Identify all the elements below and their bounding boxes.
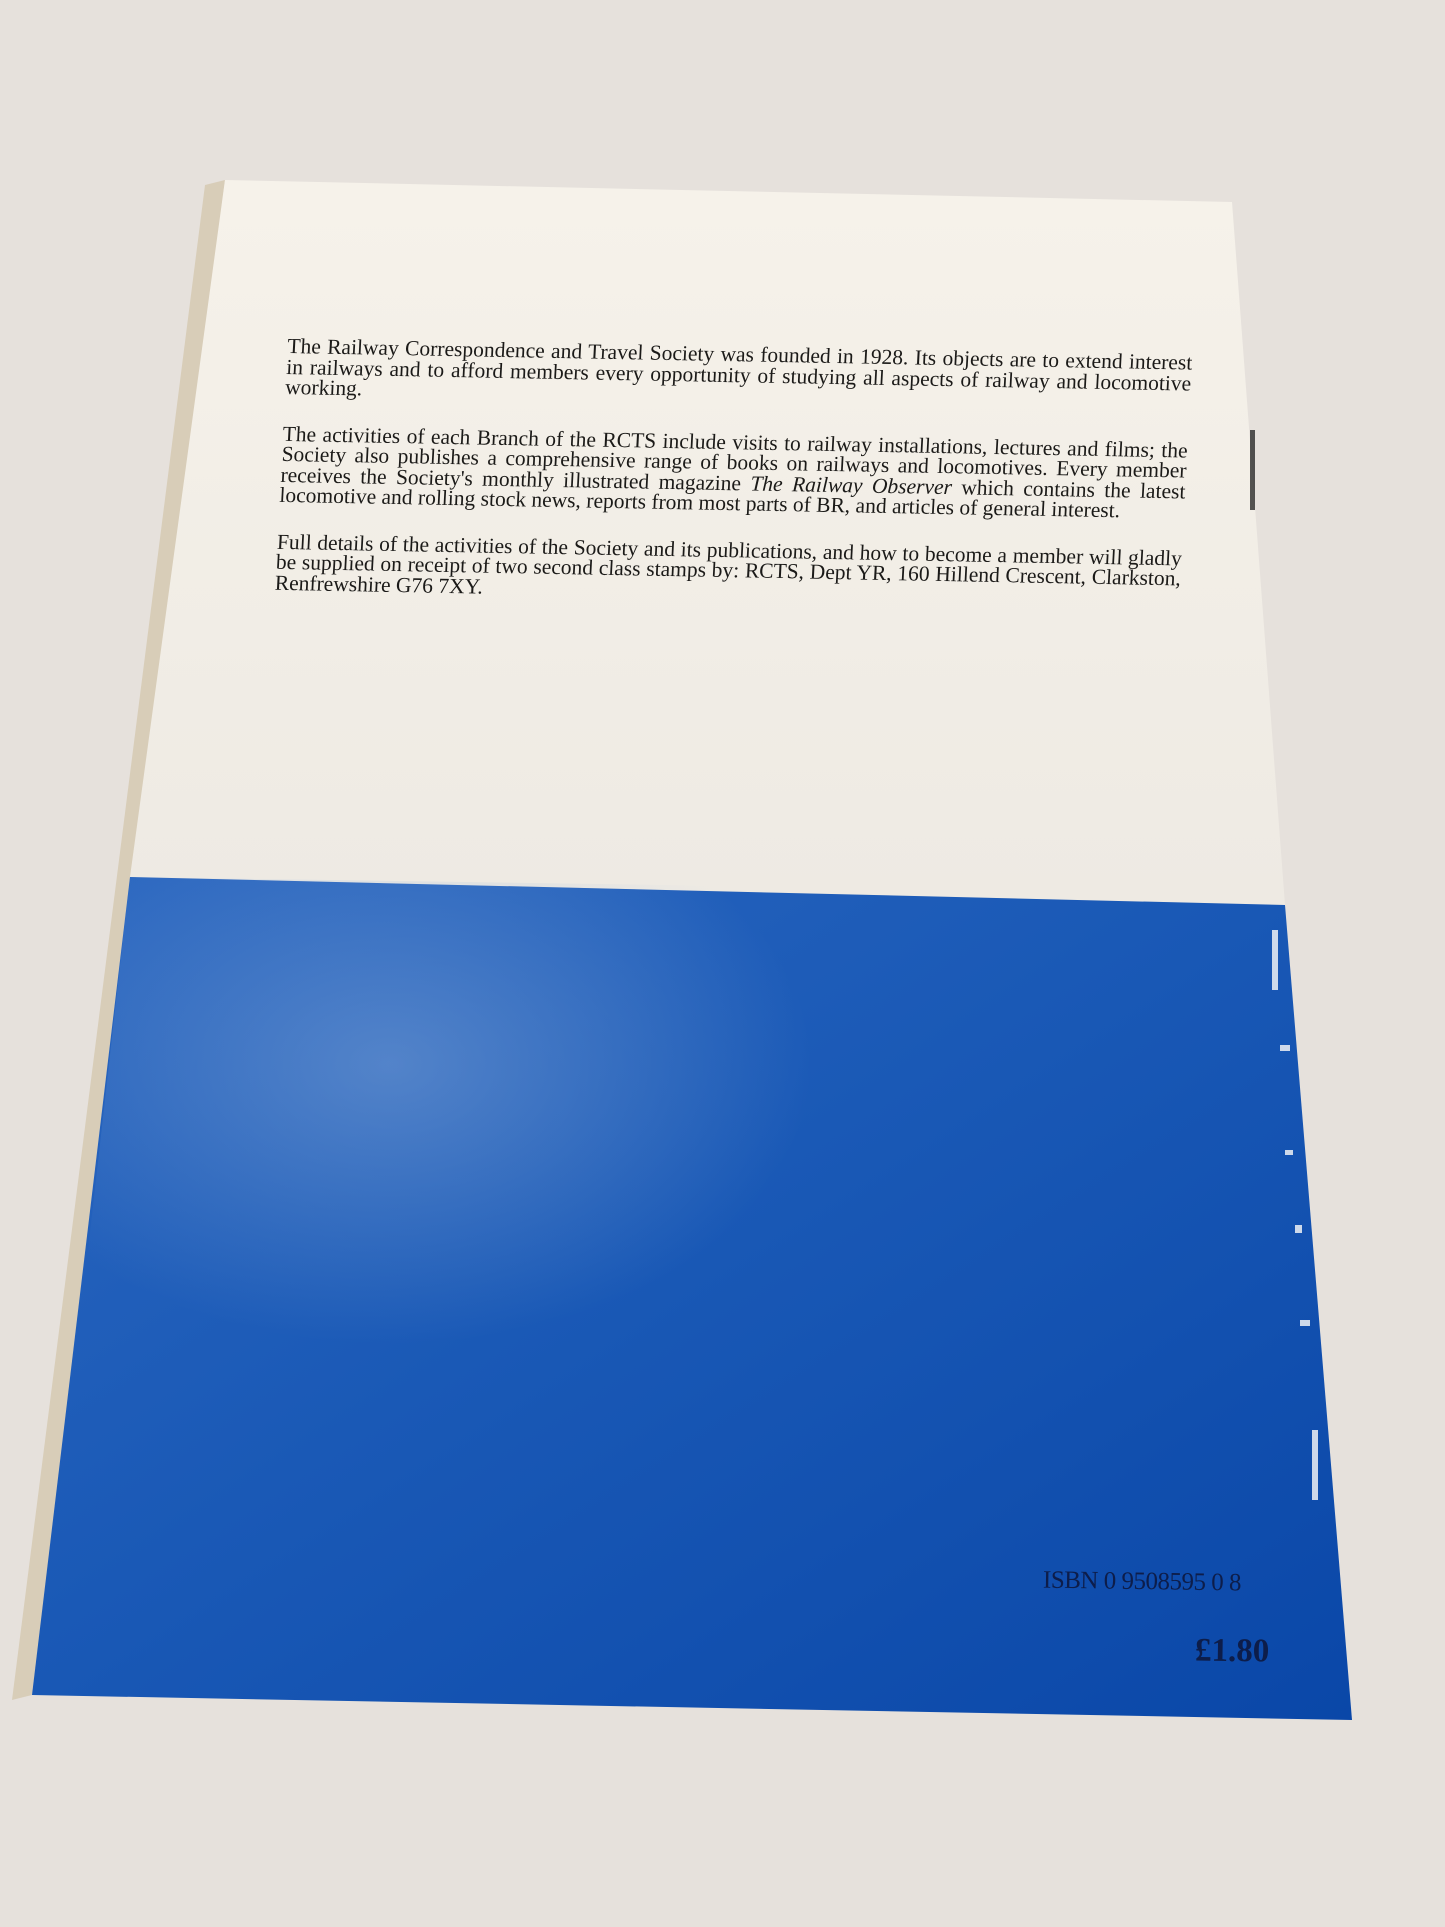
spine-mark — [1250, 430, 1255, 510]
paragraph-founding: The Railway Correspondence and Travel So… — [285, 336, 1193, 414]
cover-blue-blotch — [60, 877, 1000, 1500]
paragraph-activities: The activities of each Branch of the RCT… — [279, 423, 1188, 522]
isbn-number: ISBN 0 9508595 0 8 — [1043, 1567, 1241, 1598]
paragraph-membership-details: Full details of the activities of the So… — [274, 531, 1182, 609]
price-label: £1.80 — [1195, 1632, 1270, 1670]
society-description: The Railway Correspondence and Travel So… — [273, 336, 1193, 635]
